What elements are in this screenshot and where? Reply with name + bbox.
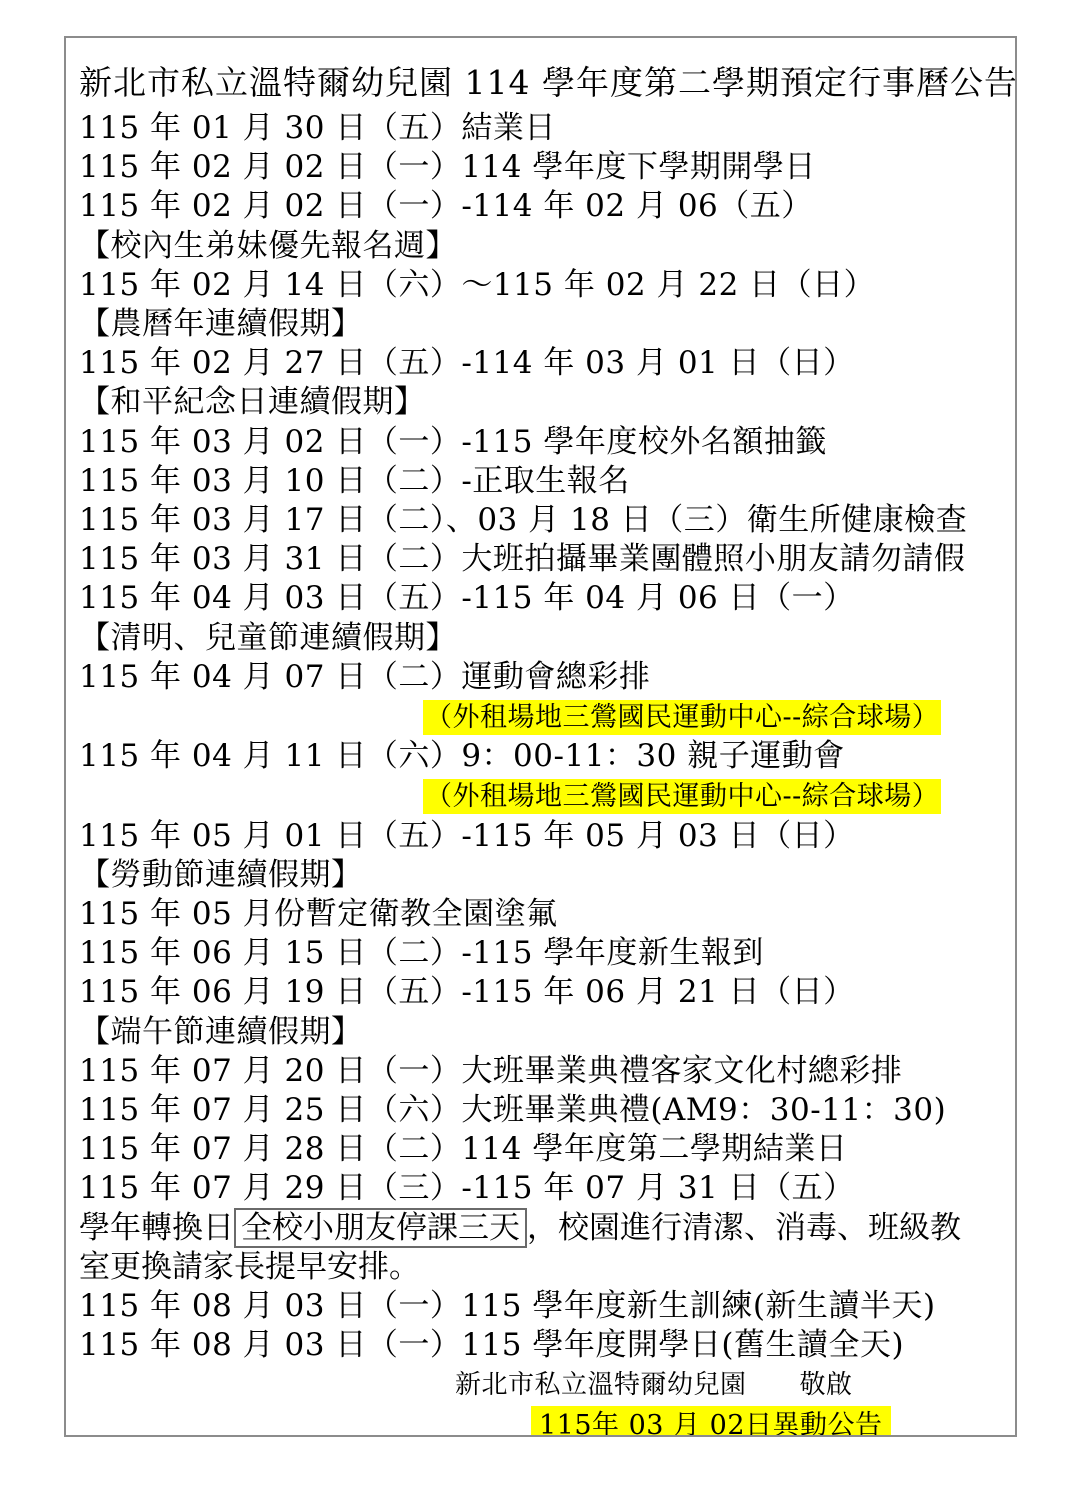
calendar-entry: 115 年 07 月 29 日（三）-115 年 07 月 31 日（五）: [79, 1169, 1003, 1208]
calendar-entry: 115 年 01 月 30 日（五）結業日: [79, 109, 1003, 148]
announcement-sheet: 新北市私立溫特爾幼兒園 114 學年度第二學期預定行事曆公告 115 年 01 …: [64, 36, 1017, 1437]
calendar-entry: 115 年 02 月 27 日（五）-114 年 03 月 01 日（日）: [79, 344, 1003, 383]
signature: 新北市私立溫特爾幼兒園 敬啟: [455, 1366, 1003, 1405]
venue-note-highlight: （外租場地三鶯國民運動中心--綜合球場）: [423, 700, 941, 735]
calendar-entry: 115 年 04 月 11 日（六）9：00-11：30 親子運動會: [79, 737, 1003, 776]
section-heading: 【清明、兒童節連續假期】: [79, 619, 1003, 658]
calendar-entry: 115 年 03 月 17 日（二）、03 月 18 日（三）衛生所健康檢查: [79, 501, 1003, 540]
calendar-entry: 115 年 06 月 19 日（五）-115 年 06 月 21 日（日）: [79, 973, 1003, 1012]
transition-note-after: ，校園進行清潔、消毒、班級教: [527, 1210, 961, 1246]
section-heading: 【和平紀念日連續假期】: [79, 383, 1003, 422]
calendar-entry: 115 年 07 月 25 日（六）大班畢業典禮(AM9：30-11：30): [79, 1091, 1003, 1130]
calendar-entry: 115 年 04 月 03 日（五）-115 年 04 月 06 日（一）: [79, 579, 1003, 618]
venue-note: （外租場地三鶯國民運動中心--綜合球場）: [423, 776, 1003, 816]
calendar-entry: 115 年 08 月 03 日（一）115 學年度開學日(舊生讀全天): [79, 1326, 1003, 1365]
revision-notice-highlight: 115年 03 月 02日異動公告: [531, 1406, 891, 1437]
boxed-suspension-note: 全校小朋友停課三天: [234, 1208, 527, 1248]
revision-notice: 115年 03 月 02日異動公告: [531, 1405, 1003, 1437]
calendar-entry: 115 年 03 月 10 日（二）-正取生報名: [79, 462, 1003, 501]
calendar-entry: 115 年 06 月 15 日（二）-115 學年度新生報到: [79, 934, 1003, 973]
calendar-entry: 115 年 02 月 14 日（六）～115 年 02 月 22 日（日）: [79, 266, 1003, 305]
calendar-entry: 115 年 03 月 31 日（二）大班拍攝畢業團體照小朋友請勿請假: [79, 540, 1003, 579]
venue-note-highlight: （外租場地三鶯國民運動中心--綜合球場）: [423, 779, 941, 814]
section-heading: 【校內生弟妹優先報名週】: [79, 227, 1003, 266]
calendar-entry: 115 年 05 月 01 日（五）-115 年 05 月 03 日（日）: [79, 817, 1003, 856]
calendar-entry: 115 年 04 月 07 日（二）運動會總彩排: [79, 658, 1003, 697]
section-heading: 【端午節連續假期】: [79, 1013, 1003, 1052]
calendar-entry: 115 年 05 月份暫定衛教全園塗氟: [79, 895, 1003, 934]
venue-note: （外租場地三鶯國民運動中心--綜合球場）: [423, 697, 1003, 737]
page-title: 新北市私立溫特爾幼兒園 114 學年度第二學期預定行事曆公告: [79, 62, 1003, 104]
calendar-entry: 115 年 03 月 02 日（一）-115 學年度校外名額抽籤: [79, 423, 1003, 462]
calendar-entry: 115 年 02 月 02 日（一）-114 年 02 月 06（五）: [79, 187, 1003, 226]
transition-note: 學年轉換日全校小朋友停課三天，校園進行清潔、消毒、班級教: [79, 1209, 1003, 1248]
transition-note-before: 學年轉換日: [79, 1210, 234, 1246]
section-heading: 【勞動節連續假期】: [79, 856, 1003, 895]
calendar-entry: 115 年 07 月 28 日（二）114 學年度第二學期結業日: [79, 1130, 1003, 1169]
section-heading: 【農曆年連續假期】: [79, 305, 1003, 344]
calendar-entry: 115 年 08 月 03 日（一）115 學年度新生訓練(新生讀半天): [79, 1287, 1003, 1326]
calendar-entry: 115 年 02 月 02 日（一）114 學年度下學期開學日: [79, 148, 1003, 187]
calendar-entry: 115 年 07 月 20 日（一）大班畢業典禮客家文化村總彩排: [79, 1052, 1003, 1091]
transition-note-continued: 室更換請家長提早安排。: [79, 1248, 1003, 1287]
